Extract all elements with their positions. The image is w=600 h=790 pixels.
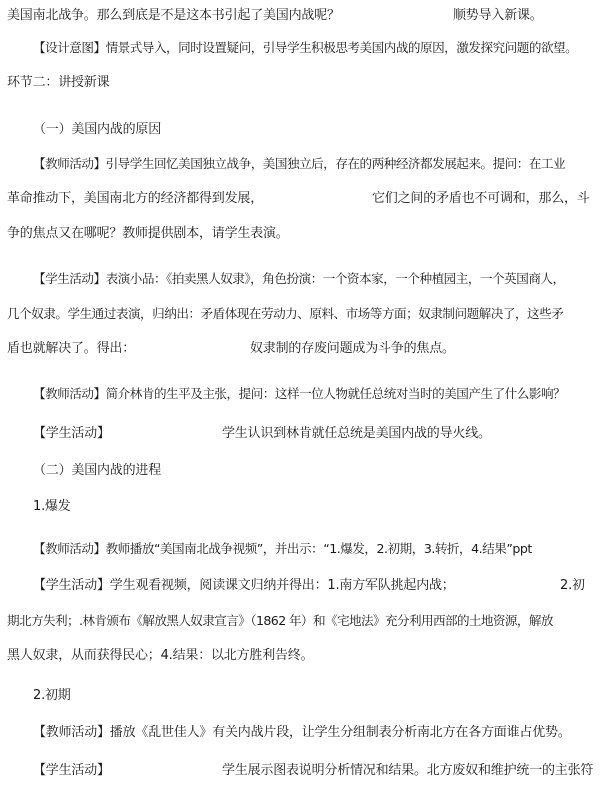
text-segment: 争的焦点又在哪呢？教师提供剧本，请学生表演。 [7, 225, 289, 243]
text-segment: 学生展示图表说明分析情况和结果。北方废奴和维护统一的主张符 [222, 762, 593, 780]
text-segment: 学生认识到林肯就任总统是美国内战的导火线。 [222, 425, 491, 443]
text-segment: 盾也就解决了。得出： [7, 340, 135, 358]
text-segment: 【学生活动】学生观看视频，阅读课文归纳并得出：1.南方军队挑起内战； [33, 577, 455, 595]
text-segment: 【学生活动】 [33, 425, 110, 443]
text-segment: 【教师活动】引导学生回忆美国独立战争，美国独立后，存在的两种经济都发展起来。提问… [33, 155, 565, 173]
text-segment: 【教师活动】简介林肯的生平及主张，提问：这样一位人物就任总统对当时的美国产生了什… [33, 385, 565, 403]
text-segment: 【教师活动】教师播放“美国南北战争视频”，并出示：“1.爆发，2.初期，3.转折… [33, 540, 532, 558]
text-segment: 环节二：讲授新课 [7, 74, 109, 92]
text-segment: 革命推动下，美国南北方的经济都得到发展， [7, 190, 263, 208]
text-segment: 2.初 [560, 577, 585, 595]
text-segment: （一）美国内战的原因 [33, 121, 161, 139]
text-segment: 【学生活动】 [33, 762, 110, 780]
text-segment: 几个奴隶。学生通过表演，归纳出：矛盾体现在劳动力、原料、市场等方面；奴隶制问题解… [7, 305, 563, 323]
text-segment: 它们之间的矛盾也不可调和，那么，斗 [372, 190, 590, 208]
text-segment: 【学生活动】表演小品：《拍卖黑人奴隶》，角色扮演：一个资本家，一个种植园主，一个… [33, 270, 565, 288]
text-segment: 顺势导入新课。 [453, 7, 543, 25]
text-segment: 黑人奴隶，从而获得民心；4.结果：以北方胜利告终。 [7, 647, 313, 665]
text-segment: 【设计意图】情景式导入，同时设置疑问，引导学生积极思考美国内战的原因，激发探究问… [33, 39, 577, 57]
text-segment: 期北方失利；.林肯颁布《解放黑人奴隶宣言》（1862 年）和《宅地法》充分利用西… [7, 612, 553, 630]
text-segment: 奴隶制的存废问题成为斗争的焦点。 [250, 340, 455, 358]
text-segment: 【教师活动】播放《乱世佳人》有关内战片段，让学生分组制表分析南北方在各方面谁占优… [33, 724, 571, 742]
text-segment: （二）美国内战的进程 [33, 462, 161, 480]
text-segment: 2.初期 [33, 687, 71, 705]
text-segment: 1.爆发 [33, 498, 71, 516]
text-segment: 美国南北战争。那么到底是不是这本书引起了美国内战呢？ [7, 7, 340, 25]
